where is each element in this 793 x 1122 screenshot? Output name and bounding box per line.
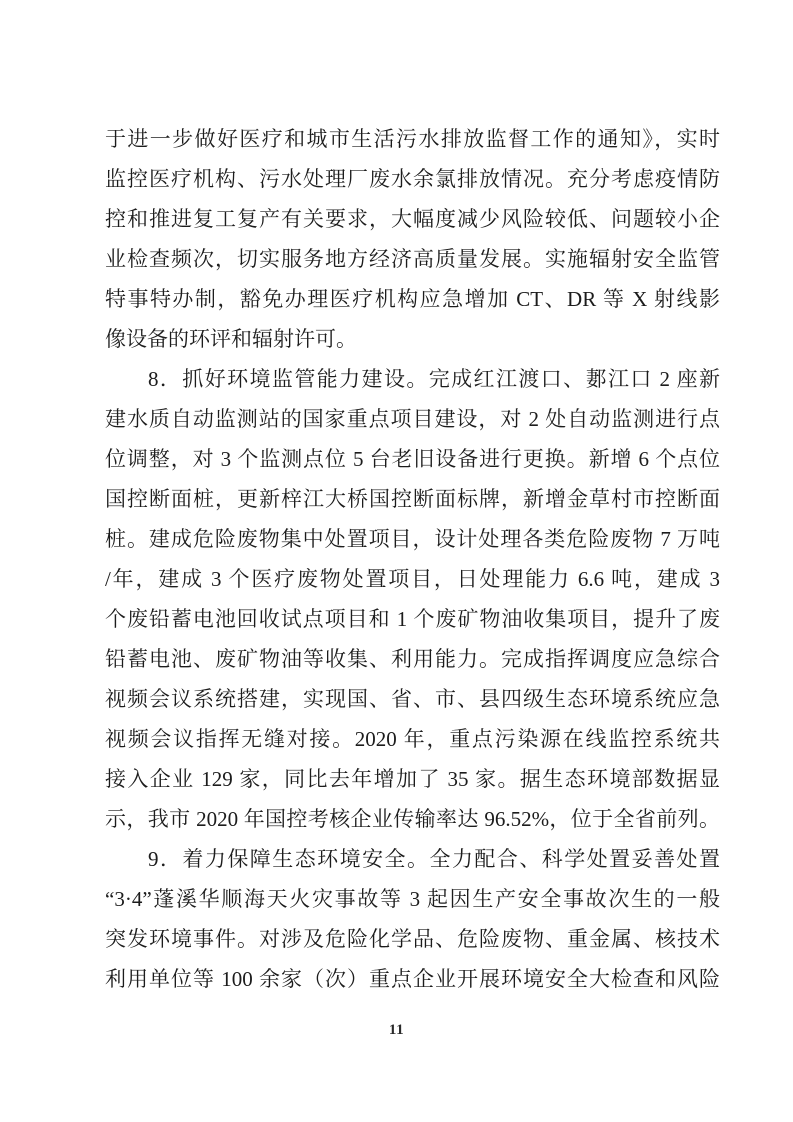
document-page: 于进一步做好医疗和城市生活污水排放监督工作的通知》，实时 监控医疗机构、污水处理…: [0, 0, 793, 1122]
text-line: 利用单位等 100 余家（次）重点企业开展环境安全大检查和风险: [105, 959, 720, 999]
text-line: 视频会议指挥无缝对接。2020 年，重点污染源在线监控系统共: [105, 719, 720, 759]
text-line: “3·4”蓬溪华顺海天火灾事故等 3 起因生产安全事故次生的一般: [105, 879, 720, 919]
text-line: 监控医疗机构、污水处理厂废水余氯排放情况。充分考虑疫情防: [105, 159, 720, 199]
text-line: 个废铅蓄电池回收试点项目和 1 个废矿物油收集项目，提升了废: [105, 599, 720, 639]
text-line: 突发环境事件。对涉及危险化学品、危险废物、重金属、核技术: [105, 919, 720, 959]
text-line: 示，我市 2020 年国控考核企业传输率达 96.52%，位于全省前列。: [105, 799, 720, 839]
paragraph: 于进一步做好医疗和城市生活污水排放监督工作的通知》，实时 监控医疗机构、污水处理…: [105, 119, 720, 359]
text-line: 视频会议系统搭建，实现国、省、市、县四级生态环境系统应急: [105, 679, 720, 719]
text-line: 铅蓄电池、废矿物油等收集、利用能力。完成指挥调度应急综合: [105, 639, 720, 679]
text-line: 像设备的环评和辐射许可。: [105, 319, 720, 359]
page-number: 11: [0, 1022, 793, 1044]
paragraph: 8．抓好环境监管能力建设。完成红江渡口、郪江口 2 座新 建水质自动监测站的国家…: [105, 359, 720, 839]
text-line: 桩。建成危险废物集中处置项目，设计处理各类危险废物 7 万吨: [105, 519, 720, 559]
text-line: 特事特办制，豁免办理医疗机构应急增加 CT、DR 等 X 射线影: [105, 279, 720, 319]
document-body: 于进一步做好医疗和城市生活污水排放监督工作的通知》，实时 监控医疗机构、污水处理…: [105, 119, 720, 999]
text-line: 建水质自动监测站的国家重点项目建设，对 2 处自动监测进行点: [105, 399, 720, 439]
text-line: 国控断面桩，更新梓江大桥国控断面标牌，新增金草村市控断面: [105, 479, 720, 519]
text-line: 接入企业 129 家，同比去年增加了 35 家。据生态环境部数据显: [105, 759, 720, 799]
text-line: 9．着力保障生态环境安全。全力配合、科学处置妥善处置: [105, 839, 720, 879]
text-line: 于进一步做好医疗和城市生活污水排放监督工作的通知》，实时: [105, 119, 720, 159]
text-line: 业检查频次，切实服务地方经济高质量发展。实施辐射安全监管: [105, 239, 720, 279]
text-line: /年，建成 3 个医疗废物处置项目，日处理能力 6.6 吨，建成 3: [105, 559, 720, 599]
text-line: 8．抓好环境监管能力建设。完成红江渡口、郪江口 2 座新: [105, 359, 720, 399]
text-line: 位调整，对 3 个监测点位 5 台老旧设备进行更换。新增 6 个点位: [105, 439, 720, 479]
text-line: 控和推进复工复产有关要求，大幅度减少风险较低、问题较小企: [105, 199, 720, 239]
paragraph: 9．着力保障生态环境安全。全力配合、科学处置妥善处置 “3·4”蓬溪华顺海天火灾…: [105, 839, 720, 999]
